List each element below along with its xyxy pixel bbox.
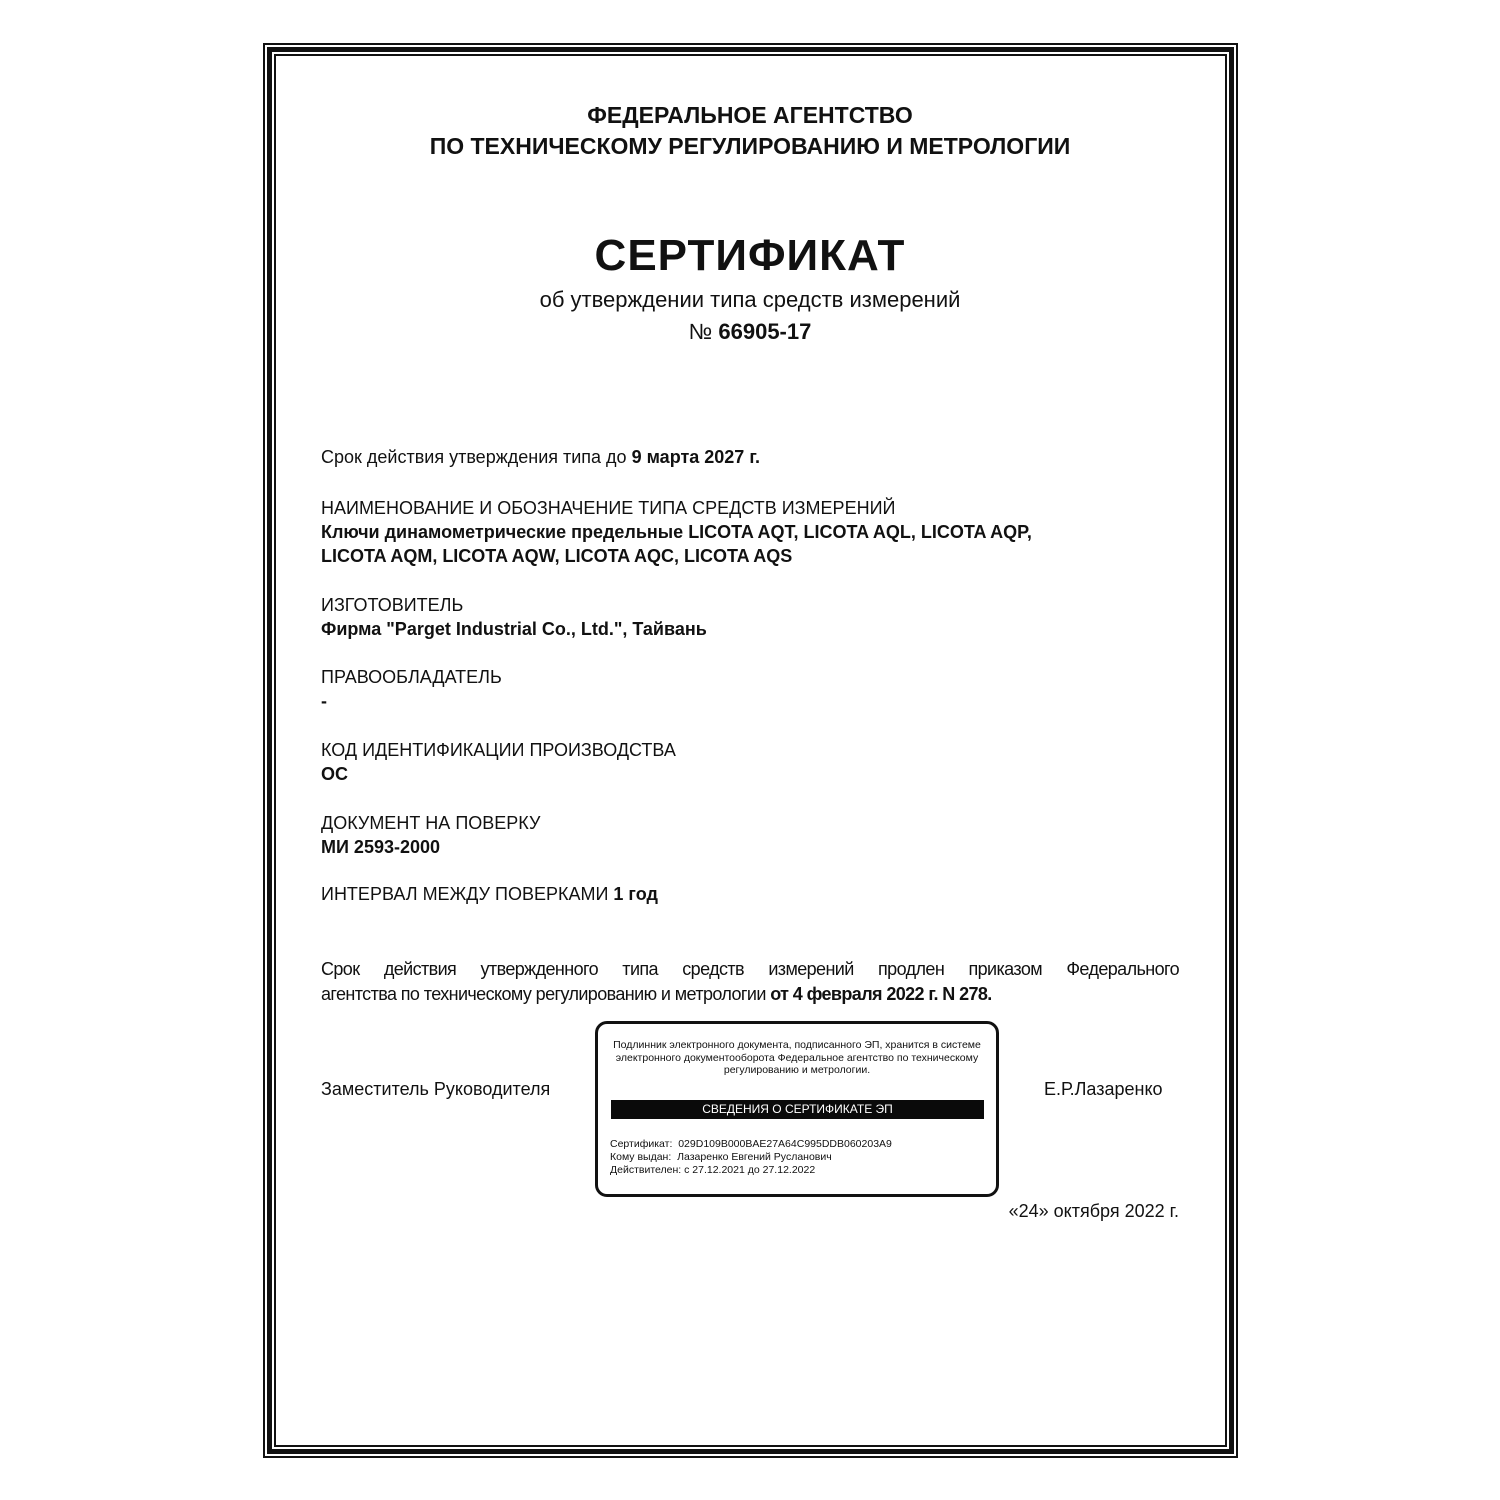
stamp-info: Сертификат: 029D109B000BAE27A64C995DDB06… [610,1138,892,1177]
certificate-title: СЕРТИФИКАТ [0,231,1500,281]
agency-header: ФЕДЕРАЛЬНОЕ АГЕНТСТВО ПО ТЕХНИЧЕСКОМУ РЕ… [0,100,1500,162]
field-type-name: НАИМЕНОВАНИЕ И ОБОЗНАЧЕНИЕ ТИПА СРЕДСТВ … [321,496,1032,568]
field-label: ПРАВООБЛАДАТЕЛЬ [321,665,502,689]
signatory-name: Е.Р.Лазаренко [1044,1079,1163,1100]
field-rights-holder: ПРАВООБЛАДАТЕЛЬ - [321,665,502,713]
e-signature-stamp: Подлинник электронного документа, подпис… [595,1021,999,1197]
stamp-issued-label: Кому выдан: [610,1151,671,1163]
number-sign: № [689,319,713,344]
validity-line: Срок действия утверждения типа до 9 март… [321,447,760,468]
stamp-valid-value: с 27.12.2021 до 27.12.2022 [684,1164,815,1176]
signature-date: «24» октября 2022 г. [1009,1201,1179,1222]
field-manufacturer: ИЗГОТОВИТЕЛЬ Фирма "Parget Industrial Co… [321,593,707,641]
field-value: Фирма "Parget Industrial Co., Ltd.", Тай… [321,617,707,641]
interval-line: ИНТЕРВАЛ МЕЖДУ ПОВЕРКАМИ 1 год [321,884,658,905]
stamp-valid-label: Действителен: [610,1164,681,1176]
field-label: ДОКУМЕНТ НА ПОВЕРКУ [321,811,540,835]
validity-label: Срок действия утверждения типа до [321,447,627,467]
extension-order: от 4 февраля 2022 г. N 278. [770,984,991,1004]
stamp-issued-row: Кому выдан: Лазаренко Евгений Русланович [610,1151,892,1164]
agency-line-2: ПО ТЕХНИЧЕСКОМУ РЕГУЛИРОВАНИЮ И МЕТРОЛОГ… [0,131,1500,162]
extension-line-1: Срок действия утвержденного типа средств… [321,957,1179,982]
interval-value: 1 год [613,884,657,904]
extension-line-2: агентства по техническому регулированию … [321,984,766,1004]
field-value: LICOTA AQM, LICOTA AQW, LICOTA AQC, LICO… [321,544,1032,568]
field-value: МИ 2593-2000 [321,835,540,859]
certificate-subtitle: об утверждении типа средств измерений [0,287,1500,313]
signatory-position: Заместитель Руководителя [321,1079,550,1100]
field-verification-doc: ДОКУМЕНТ НА ПОВЕРКУ МИ 2593-2000 [321,811,540,859]
validity-value: 9 марта 2027 г. [632,447,760,467]
interval-label: ИНТЕРВАЛ МЕЖДУ ПОВЕРКАМИ [321,884,608,904]
stamp-issued-value: Лазаренко Евгений Русланович [677,1151,832,1163]
number-value: 66905-17 [718,319,811,344]
extension-paragraph: Срок действия утвержденного типа средств… [321,957,1179,1007]
certificate-number: № 66905-17 [0,319,1500,345]
stamp-certificate-value: 029D109B000BAE27A64C995DDB060203A9 [678,1138,892,1150]
stamp-valid-row: Действителен: с 27.12.2021 до 27.12.2022 [610,1164,892,1177]
stamp-certificate-label: Сертификат: [610,1138,672,1150]
field-label: НАИМЕНОВАНИЕ И ОБОЗНАЧЕНИЕ ТИПА СРЕДСТВ … [321,496,1032,520]
field-production-code: КОД ИДЕНТИФИКАЦИИ ПРОИЗВОДСТВА ОС [321,738,676,786]
field-value: - [321,689,502,713]
field-value: ОС [321,762,676,786]
field-value: Ключи динамометрические предельные LICOT… [321,520,1032,544]
field-label: КОД ИДЕНТИФИКАЦИИ ПРОИЗВОДСТВА [321,738,676,762]
stamp-bar-title: СВЕДЕНИЯ О СЕРТИФИКАТЕ ЭП [611,1100,984,1119]
field-label: ИЗГОТОВИТЕЛЬ [321,593,707,617]
agency-line-1: ФЕДЕРАЛЬНОЕ АГЕНТСТВО [0,100,1500,131]
stamp-note: Подлинник электронного документа, подпис… [598,1039,996,1077]
stamp-certificate-row: Сертификат: 029D109B000BAE27A64C995DDB06… [610,1138,892,1151]
